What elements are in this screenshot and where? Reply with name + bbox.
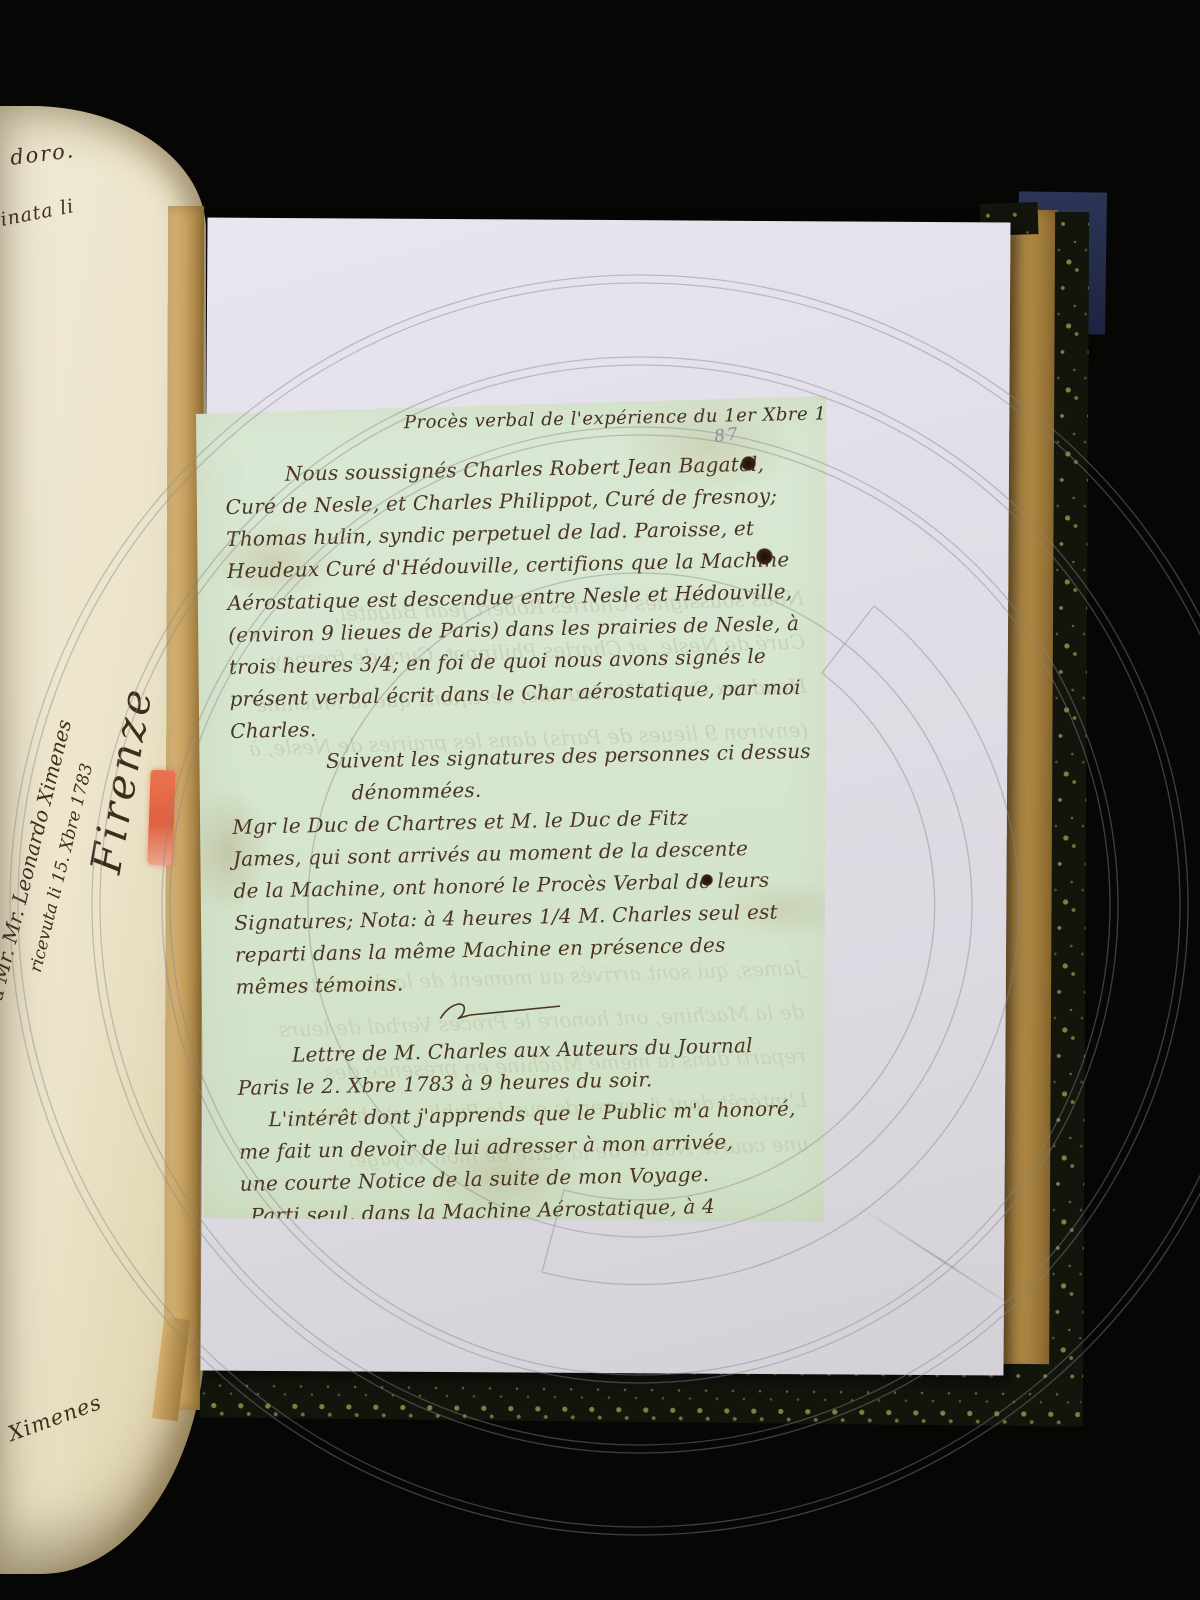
wax-seal bbox=[147, 770, 175, 866]
marbled-cover-edge bbox=[1049, 212, 1089, 1426]
manuscript-photo: doro. inata li Firenze a Mr. Mr. Leonard… bbox=[0, 0, 1200, 1600]
ink-blot bbox=[701, 874, 713, 886]
ink-blot bbox=[741, 456, 756, 471]
letter-body: Nous soussignés Charles Robert Jean Baga… bbox=[189, 446, 845, 1232]
pencil-folio-number: 87 bbox=[713, 424, 741, 447]
separator-flourish bbox=[436, 992, 841, 1033]
ink-blot bbox=[756, 548, 773, 565]
letter-paper: Nous soussignés Charles Robert Jean Baga… bbox=[196, 396, 836, 1224]
letter-text-block: Procès verbal de l'expérience du 1er Xbr… bbox=[187, 389, 844, 1230]
letter-heading: Procès verbal de l'expérience du 1er Xbr… bbox=[404, 403, 828, 433]
